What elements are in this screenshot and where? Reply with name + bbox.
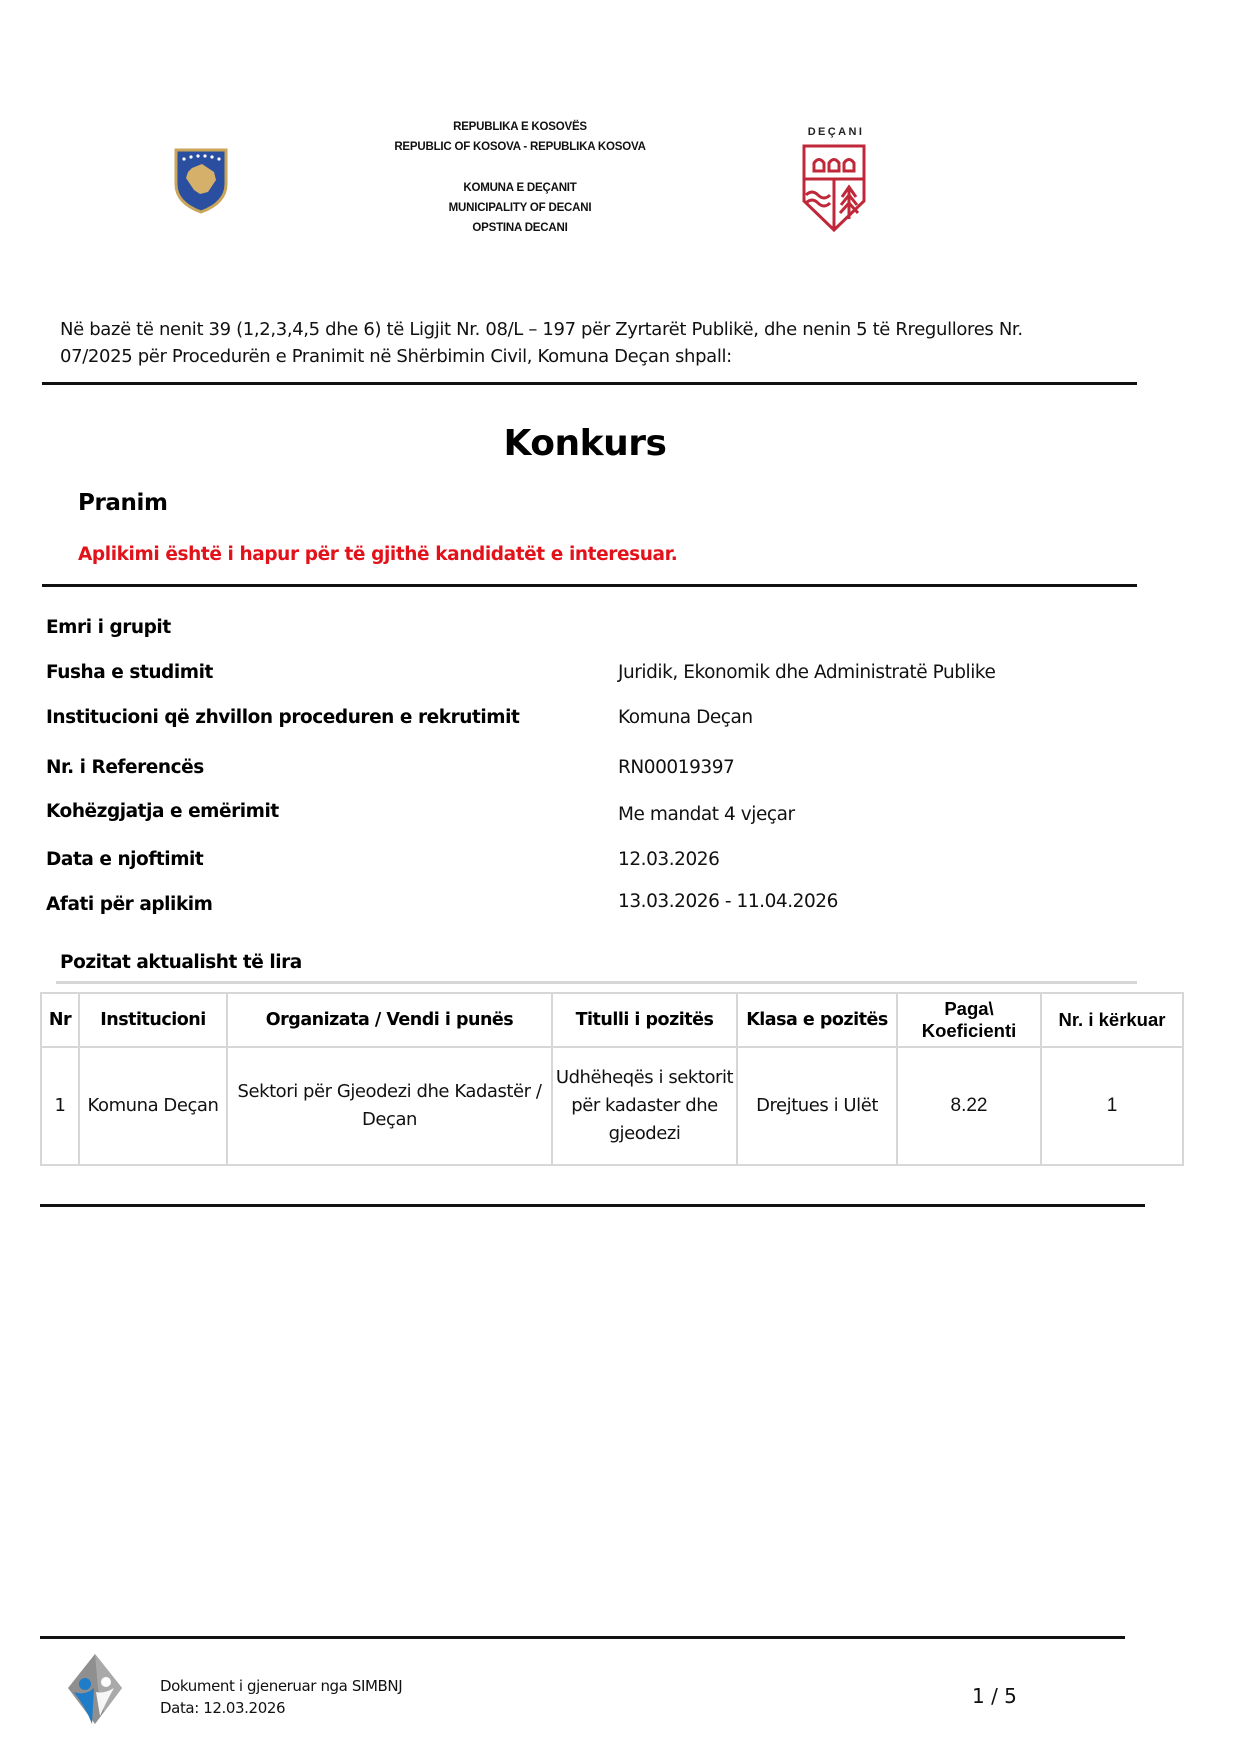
column-header-salary-coefficient: Paga\ Koeficienti <box>897 993 1041 1047</box>
header-municipality-sq: KOMUNA E DEÇANIT <box>340 182 700 194</box>
table-row: 1 Komuna Deçan Sektori për Gjeodezi dhe … <box>41 1047 1183 1165</box>
field-label-field-of-study: Fusha e studimit <box>46 662 213 683</box>
table-header-row: Nr Institucioni Organizata / Vendi i pun… <box>41 993 1183 1047</box>
competition-type: Pranim <box>78 490 168 516</box>
header-republic-en: REPUBLIC OF KOSOVA - REPUBLIKA KOSOVA <box>340 141 700 153</box>
column-header-required-count: Nr. i kërkuar <box>1041 993 1183 1047</box>
cell-required-count: 1 <box>1041 1047 1183 1165</box>
legal-basis-paragraph: Në bazë të nenit 39 (1,2,3,4,5 dhe 6) të… <box>60 316 1120 370</box>
cell-nr: 1 <box>41 1047 79 1165</box>
field-value-appointment-duration: Me mandat 4 vjeçar <box>618 804 795 825</box>
column-header-institution: Institucioni <box>79 993 227 1047</box>
divider <box>42 382 1137 385</box>
field-value-field-of-study: Juridik, Ekonomik dhe Administratë Publi… <box>618 662 995 683</box>
footer-date: Data: 12.03.2026 <box>160 1699 285 1717</box>
header-republic-sq: REPUBLIKA E KOSOVËS <box>340 121 700 133</box>
field-label-recruiting-institution: Institucioni që zhvillon proceduren e re… <box>46 707 519 728</box>
cell-position-title: Udhëheqës i sektorit për kadaster dhe gj… <box>552 1047 737 1165</box>
field-label-application-deadline: Afati për aplikim <box>46 894 213 915</box>
column-header-nr: Nr <box>41 993 79 1047</box>
cell-position-class: Drejtues i Ulët <box>737 1047 897 1165</box>
footer-generated-by: Dokument i gjeneruar nga SIMBNJ <box>160 1677 402 1695</box>
divider <box>42 584 1137 587</box>
open-application-notice: Aplikimi është i hapur për të gjithë kan… <box>78 544 677 565</box>
legal-basis-line-2: 07/2025 për Procedurën e Pranimit në Shë… <box>60 343 1120 370</box>
column-header-position-class: Klasa e pozitës <box>737 993 897 1047</box>
simbnj-logo-icon <box>66 1652 124 1726</box>
field-value-application-deadline: 13.03.2026 - 11.04.2026 <box>618 891 838 912</box>
legal-basis-line-1: Në bazë të nenit 39 (1,2,3,4,5 dhe 6) të… <box>60 316 1120 343</box>
section-divider <box>56 981 1137 984</box>
field-value-reference-number: RN00019397 <box>618 757 734 778</box>
cell-organization: Sektori për Gjeodezi dhe Kadastër / Deça… <box>227 1047 552 1165</box>
page-title: Konkurs <box>0 423 1170 464</box>
field-label-reference-number: Nr. i Referencës <box>46 757 204 778</box>
page-number: 1 / 5 <box>972 1684 1017 1708</box>
column-header-organization: Organizata / Vendi i punës <box>227 993 552 1047</box>
cell-salary-coefficient: 8.22 <box>897 1047 1041 1165</box>
divider <box>40 1204 1145 1207</box>
cell-institution: Komuna Deçan <box>79 1047 227 1165</box>
kosovo-coat-of-arms-icon <box>172 146 230 214</box>
field-label-notice-date: Data e njoftimit <box>46 849 203 870</box>
field-value-notice-date: 12.03.2026 <box>618 849 719 870</box>
decani-shield-icon <box>800 143 868 233</box>
field-label-group-name: Emri i grupit <box>46 617 171 638</box>
field-label-appointment-duration: Kohëzgjatja e emërimit <box>46 801 279 822</box>
footer-divider <box>40 1636 1125 1639</box>
header-municipality-sr: OPSTINA DECANI <box>340 222 700 234</box>
positions-section-title: Pozitat aktualisht të lira <box>60 952 302 973</box>
decani-logo-text: DEÇANI <box>792 126 880 138</box>
column-header-position-title: Titulli i pozitës <box>552 993 737 1047</box>
positions-table: Nr Institucioni Organizata / Vendi i pun… <box>40 992 1184 1166</box>
header-municipality-en: MUNICIPALITY OF DECANI <box>340 202 700 214</box>
field-value-recruiting-institution: Komuna Deçan <box>618 707 753 728</box>
